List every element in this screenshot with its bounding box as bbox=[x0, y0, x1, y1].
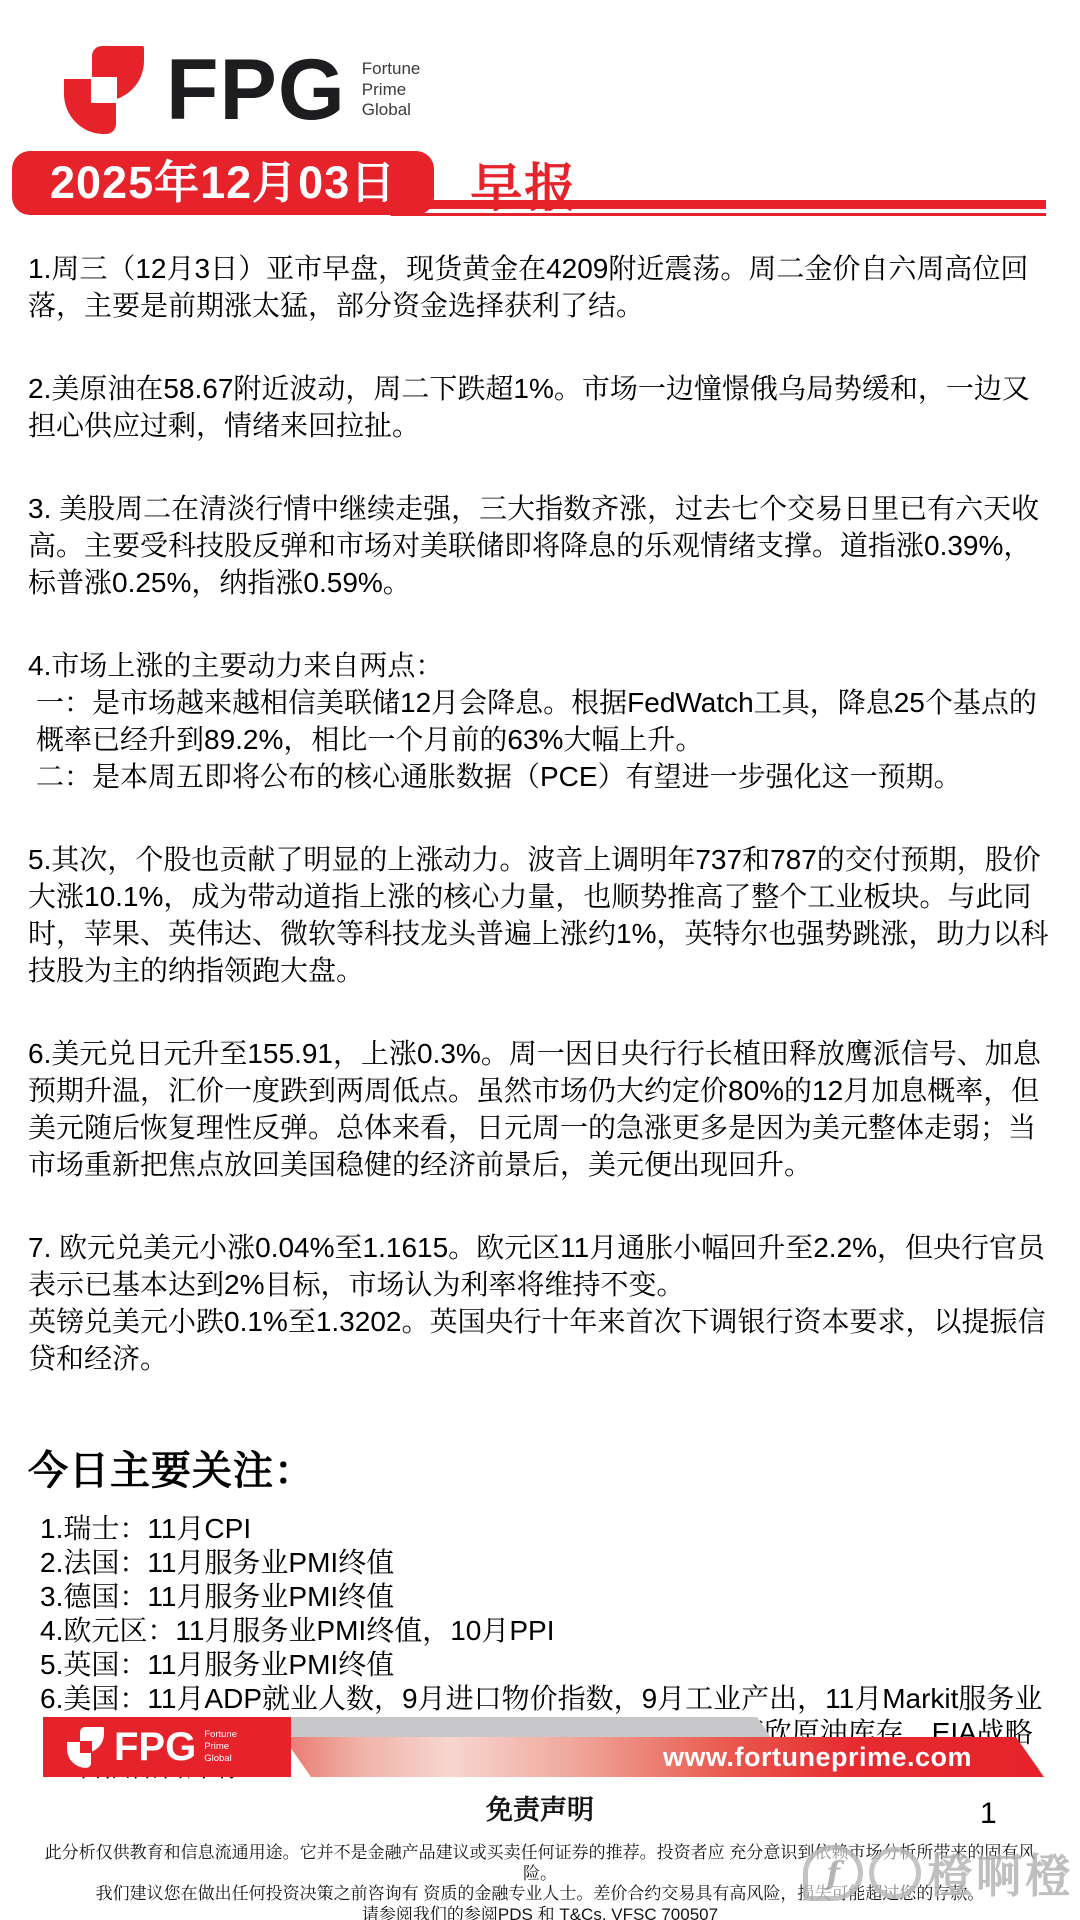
focus-item-germany: 3.德国：11月服务业PMI终值 bbox=[40, 1580, 1052, 1614]
report-body: 1.周三（12月3日）亚市早盘，现货黄金在4209附近震荡。周二金价自六周高位回… bbox=[28, 216, 1052, 1377]
logo-shape-square bbox=[80, 1741, 92, 1753]
tagline-line: Global bbox=[204, 1753, 237, 1765]
banner-gradient-stripe: www.fortuneprime.com bbox=[283, 1737, 1044, 1777]
today-focus-title: 今日主要关注： bbox=[28, 1439, 1052, 1496]
tagline-line: Fortune bbox=[204, 1729, 237, 1741]
brand-wordmark-small: FPG bbox=[114, 1727, 196, 1767]
paragraph-us-stocks: 3. 美股周二在清淡行情中继续走强，三大指数齐涨，过去七个交易日里已有六天收高。… bbox=[28, 490, 1052, 601]
tagline-line: Prime bbox=[204, 1741, 237, 1753]
brand-tagline-small: Fortune Prime Global bbox=[204, 1729, 237, 1765]
disclaimer-line-3: 请参阅我们的参阅PDS 和 T&Cs. VFSC 700507 bbox=[30, 1905, 1050, 1920]
header: FPG Fortune Prime Global 2025年12月03日 早报 bbox=[0, 0, 1080, 216]
drivers-point-2: 二：是本周五即将公布的核心通胀数据（PCE）有望进一步强化这一预期。 bbox=[28, 758, 1052, 795]
tagline-line: Global bbox=[362, 100, 421, 121]
brand-logo: FPG Fortune Prime Global bbox=[64, 42, 1080, 138]
date-row: 2025年12月03日 早报 bbox=[0, 150, 1080, 216]
fpg-logo-icon bbox=[64, 46, 144, 134]
fpg-logo-icon-small bbox=[67, 1727, 104, 1768]
bottom-brand-banner: www.fortuneprime.com FPG Fortune Prime G… bbox=[43, 1717, 1044, 1777]
page-number: 1 bbox=[980, 1797, 997, 1831]
date-banner: 2025年12月03日 bbox=[12, 151, 434, 215]
header-divider bbox=[390, 200, 1046, 216]
paragraph-oil: 2.美原油在58.67附近波动，周二下跌超1%。市场一边憧憬俄乌局势缓和，一边又… bbox=[28, 370, 1052, 444]
tagline-line: Prime bbox=[362, 80, 421, 101]
eurusd-line: 7. 欧元兑美元小涨0.04%至1.1615。欧元区11月通胀小幅回升至2.2%… bbox=[28, 1229, 1052, 1303]
morning-report-page: FPG Fortune Prime Global 2025年12月03日 早报 … bbox=[0, 0, 1080, 1920]
logo-shape-square bbox=[91, 77, 117, 103]
website-link[interactable]: www.fortuneprime.com bbox=[663, 1742, 972, 1773]
disclaimer-title: 免责声明 bbox=[0, 1788, 1080, 1827]
focus-item-switzerland: 1.瑞士：11月CPI bbox=[40, 1512, 1052, 1546]
focus-item-eurozone: 4.欧元区：11月服务业PMI终值，10月PPI bbox=[40, 1614, 1052, 1648]
paragraph-individual-stocks: 5.其次，个股也贡献了明显的上涨动力。波音上调明年737和787的交付预期，股价… bbox=[28, 841, 1052, 989]
paragraph-eur-gbp: 7. 欧元兑美元小涨0.04%至1.1615。欧元区11月通胀小幅回升至2.2%… bbox=[28, 1229, 1052, 1377]
focus-item-uk: 5.英国：11月服务业PMI终值 bbox=[40, 1648, 1052, 1682]
watermark-circle-icon bbox=[869, 1847, 921, 1899]
gbpusd-line: 英镑兑美元小跌0.1%至1.3202。英国央行十年来首次下调银行资本要求，以提振… bbox=[28, 1303, 1052, 1377]
watermark-bubble-icon: f bbox=[803, 1845, 863, 1901]
paragraph-gold: 1.周三（12月3日）亚市早盘，现货黄金在4209附近震荡。周二金价自六周高位回… bbox=[28, 250, 1052, 324]
brand-tagline: Fortune Prime Global bbox=[362, 59, 421, 121]
paragraph-usdjpy: 6.美元兑日元升至155.91，上涨0.3%。周一因日央行行长植田释放鹰派信号、… bbox=[28, 1035, 1052, 1183]
drivers-intro: 4.市场上涨的主要动力来自两点： bbox=[28, 647, 1052, 684]
banner-logo-block: FPG Fortune Prime Global bbox=[43, 1717, 291, 1777]
brand-wordmark: FPG bbox=[166, 47, 346, 133]
tagline-line: Fortune bbox=[362, 59, 421, 80]
focus-item-france: 2.法国：11月服务业PMI终值 bbox=[40, 1546, 1052, 1580]
watermark: f 橙啊橙 bbox=[803, 1840, 1074, 1906]
paragraph-market-drivers: 4.市场上涨的主要动力来自两点： 一：是市场越来越相信美联储12月会降息。根据F… bbox=[28, 647, 1052, 795]
watermark-text: 橙啊橙 bbox=[927, 1840, 1074, 1906]
drivers-point-1: 一：是市场越来越相信美联储12月会降息。根据FedWatch工具，降息25个基点… bbox=[28, 684, 1052, 758]
